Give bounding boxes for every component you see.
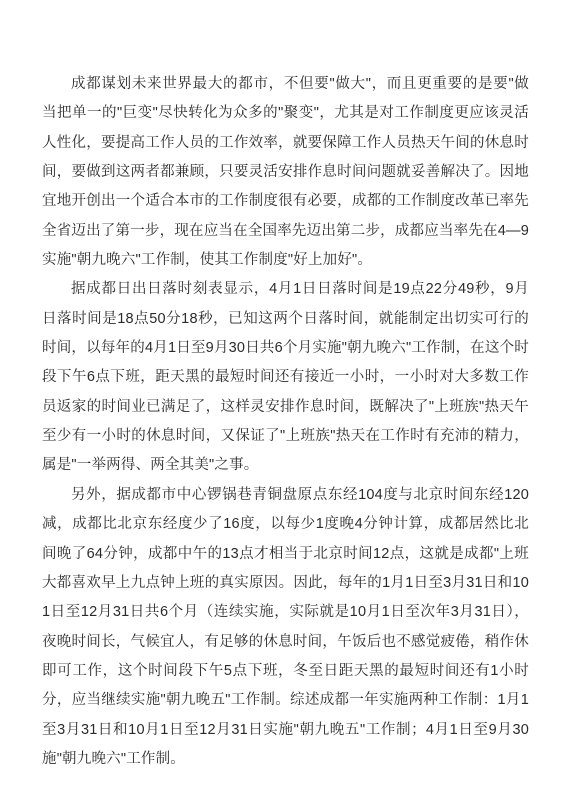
text-line: 间，要做到这两者都兼顾，只要灵活安排作息时间问题就妥善解决了。因地制 <box>42 158 529 187</box>
text-line: 员返家的时间业已满足了，这样灵安排作息时间，既解决了"上班族"热天午间 <box>42 393 529 422</box>
text-line: 至3月31日和10月1日至12月31日实施"朝九晚五"工作制；4月1日至9月30… <box>42 716 529 745</box>
text-line: 至少有一小时的休息时间，又保证了"上班族"热天在工作时有充沛的精力，实 <box>42 422 529 451</box>
text-line: 1日至12月31日共6个月（连续实施，实际就是10月1日至次年3月31日），因 <box>42 598 529 627</box>
text-line: 据成都日出日落时刻表显示，4月1日日落时间是19点22分49秒，9月30日 <box>42 275 529 304</box>
text-line: 段下午6点下班，距天黑的最短时间还有接近一小时，一小时对大多数工作人 <box>42 363 529 392</box>
text-line: 减，成都比北京东经度少了16度，以每少1度晚4分钟计算，成都居然比北京时 <box>42 510 529 539</box>
paragraph: 成都谋划未来世界最大的都市，不但要"做大"，而且更重要的是要"做强"，应当把单一… <box>42 70 529 275</box>
text-line: 人性化，要提高工作人员的工作效率，就要保障工作人员热天午间的休息时 <box>42 129 529 158</box>
text-line: 大都喜欢早上九点钟上班的真实原因。因此，每年的1月1日至3月31日和10月 <box>42 569 529 598</box>
text-line: 间晚了64分钟，成都中午的13点才相当于北京时间12点，这就是成都"上班族" <box>42 540 529 569</box>
text-line: 分，应当继续实施"朝九晚五"工作制。综述成都一年实施两种工作制：1月1日 <box>42 686 529 715</box>
text-line: 日落时间是18点50分18秒，已知这两个日落时间，就能制定出切实可行的作息 <box>42 305 529 334</box>
text-line: 属是"一举两得、两全其美"之事。 <box>42 451 529 480</box>
text-line: 时间，以每年的4月1日至9月30日共6个月实施"朝九晚六"工作制，在这个时间 <box>42 334 529 363</box>
text-line: 当把单一的"巨变"尽快转化为众多的"聚变"，尤其是对工作制度更应该灵活性和 <box>42 99 529 128</box>
document-body: 成都谋划未来世界最大的都市，不但要"做大"，而且更重要的是要"做强"，应当把单一… <box>42 70 529 774</box>
text-line: 全省迈出了第一步，现在应当在全国率先迈出第二步，成都应当率先在4—9月 <box>42 217 529 246</box>
text-line: 即可工作，这个时间段下午5点下班，冬至日距天黑的最短时间还有1小时38 <box>42 657 529 686</box>
document-page: 成都谋划未来世界最大的都市，不但要"做大"，而且更重要的是要"做强"，应当把单一… <box>0 0 568 802</box>
paragraph: 据成都日出日落时刻表显示，4月1日日落时间是19点22分49秒，9月30日日落时… <box>42 275 529 480</box>
text-line: 成都谋划未来世界最大的都市，不但要"做大"，而且更重要的是要"做强"，应 <box>42 70 529 99</box>
text-line: 施"朝九晚六"工作制。 <box>42 745 529 774</box>
text-line: 实施"朝九晚六"工作制，使其工作制度"好上加好"。 <box>42 246 529 275</box>
text-line: 夜晚时间长，气候宜人，有足够的休息时间，午饭后也不感觉疲倦，稍作休息 <box>42 628 529 657</box>
text-line: 宜地开创出一个适合本市的工作制度很有必要，成都的工作制度改革已率先在 <box>42 187 529 216</box>
paragraph: 另外，据成都市中心锣锅巷青铜盘原点东经104度与北京时间东经120度相减，成都比… <box>42 481 529 774</box>
text-line: 另外，据成都市中心锣锅巷青铜盘原点东经104度与北京时间东经120度相 <box>42 481 529 510</box>
